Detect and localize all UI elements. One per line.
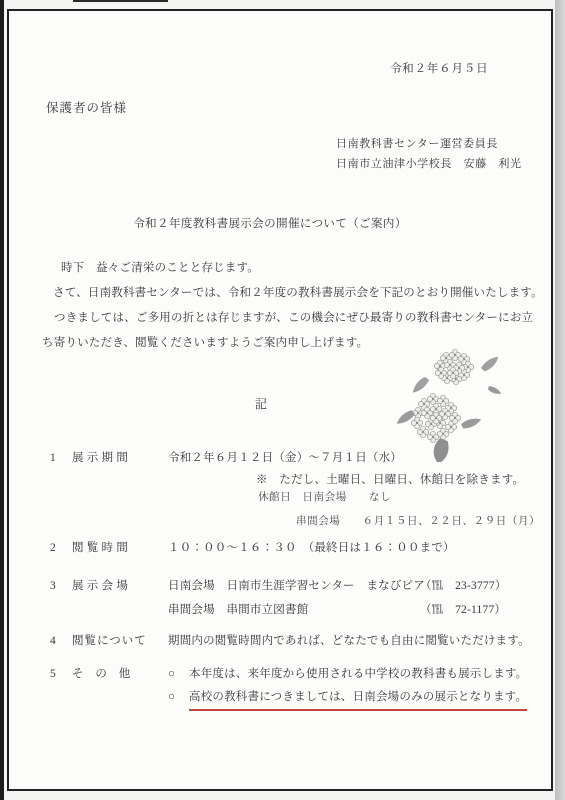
circle-bullet-icon: ○ [168, 667, 189, 681]
item-5-label: そ の 他 [72, 667, 131, 681]
venue-kushima-name: 串間会場 串間市立図書館 [168, 603, 420, 617]
item-3-number: 3 [50, 579, 56, 593]
document-date: 令和２年６月５日 [390, 62, 488, 76]
item-1-label: 展 示 期 間 [72, 451, 128, 465]
other-bullet-2: ○高校の教科書につきましては、日南会場のみの展示となります。 [168, 690, 527, 711]
document-title: 令和２年度教科書展示会の開催について（ご案内） [0, 215, 540, 231]
scanned-document: 令和２年６月５日 保護者の皆様 日南教科書センター運営委員長 日南市立油津小学校… [0, 0, 565, 800]
item-4-value: 期間内の閲覧時間内であれば、どなたでも自由に閲覧いただけます。 [168, 634, 530, 648]
body-line-4: ち寄りいただき、閲覧くださいますようご案内申し上げます。 [42, 336, 368, 350]
highlighted-text-red-underline: 高校の教科書につきましては、日南会場のみの展示となります。 [189, 690, 527, 711]
item-3-label: 展 示 会 場 [72, 579, 128, 593]
closed-days-nichinan: 休館日 日南会場 なし [258, 491, 391, 504]
item-1-value: 令和２年６月１２日（金）～７月１日（水） [168, 451, 402, 465]
circle-bullet-icon: ○ [168, 690, 189, 704]
hydrangea-illustration [393, 342, 555, 462]
sender-organization: 日南教科書センター運営委員長 [336, 138, 498, 152]
item-5-number: 5 [50, 667, 56, 681]
item-2-number: 2 [50, 541, 56, 555]
venue-nichinan-tel: （℡ 23-3777） [420, 580, 507, 592]
venue-nichinan-name: 日南会場 日南市生涯学習センター まなびピア [168, 579, 420, 593]
venue-kushima-tel: （℡ 72-1177） [420, 604, 506, 616]
item-2-value: １０：００～１６：３０ （最終日は１６：００まで） [168, 541, 455, 555]
item-1-number: 1 [50, 451, 56, 465]
item-1-note: ※ ただし、土曜日、日曜日、休館日を除きます。 [256, 473, 524, 487]
item-4-label: 閲覧について [72, 634, 147, 648]
closed-days-kushima: 串間会場 ６月１５日、２２日、２９日（月） [296, 515, 540, 528]
sender-name: 日南市立油津小学校長 安藤 利光 [336, 158, 522, 172]
body-line-2: さて、日南教科書センターでは、令和２年度の教科書展示会を下記のとおり開催いたしま… [53, 286, 543, 300]
scan-artifact-right-band [555, 0, 565, 800]
venue-nichinan: 日南会場 日南市生涯学習センター まなびピア（℡ 23-3777） [168, 579, 507, 593]
other-bullet-1-text: 本年度は、来年度から使用される中学校の教科書も展示します。 [189, 668, 527, 680]
item-4-number: 4 [50, 634, 56, 648]
venue-kushima: 串間会場 串間市立図書館（℡ 72-1177） [168, 603, 506, 617]
body-line-3: つきましては、ご多用の折とは存じますが、この機会にぜひ最寄りの教科書センターにお… [54, 311, 533, 325]
recipient: 保護者の皆様 [46, 101, 127, 117]
body-line-1: 時下 益々ご清栄のことと存じます。 [61, 261, 259, 275]
other-bullet-1: ○本年度は、来年度から使用される中学校の教科書も展示します。 [168, 667, 527, 681]
scan-artifact-top-line [73, 0, 168, 2]
item-2-label: 閲 覧 時 間 [72, 541, 128, 555]
